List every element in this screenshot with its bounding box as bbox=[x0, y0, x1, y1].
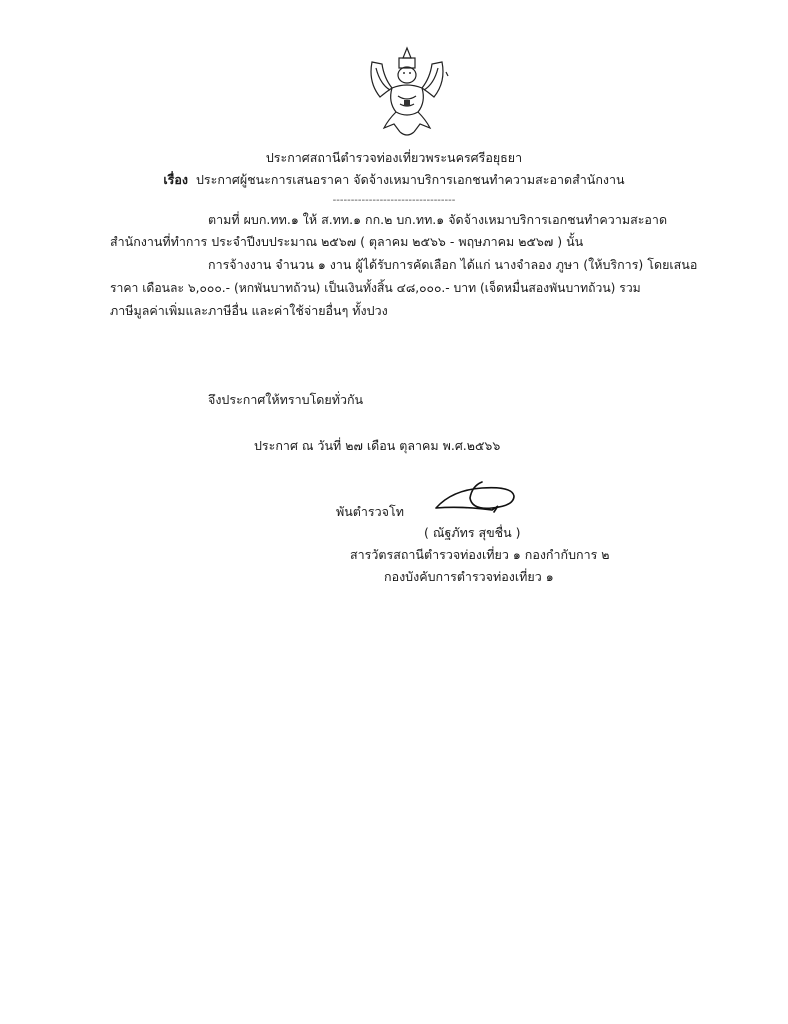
subject-line: เรื่อง ประกาศผู้ชนะการเสนอราคา จัดจ้างเห… bbox=[0, 171, 788, 189]
subject-label: เรื่อง bbox=[163, 172, 188, 187]
paragraph-1-line-1: ตามที่ ผบก.ทท.๑ ให้ ส.ทท.๑ กก.๒ บก.ทท.๑ … bbox=[208, 211, 667, 229]
divider: ---------------------------------- bbox=[0, 192, 788, 210]
signer-rank: พันตำรวจโท bbox=[336, 503, 404, 521]
announcement-title: ประกาศสถานีตำรวจท่องเที่ยวพระนครศรีอยุธย… bbox=[0, 149, 788, 167]
announcement-date: ประกาศ ณ วันที่ ๒๗ เดือน ตุลาคม พ.ศ.๒๕๖๖ bbox=[254, 437, 500, 455]
closing-announcement: จึงประกาศให้ทราบโดยทั่วกัน bbox=[208, 391, 363, 409]
garuda-emblem-icon bbox=[362, 42, 452, 142]
handwritten-signature-icon bbox=[432, 480, 522, 516]
signer-name: ( ณัฐภัทร สุขชื่น ) bbox=[424, 524, 521, 542]
signer-position-line-2: กองบังคับการตำรวจท่องเที่ยว ๑ bbox=[384, 568, 554, 586]
paragraph-2-line-1: การจ้างงาน จำนวน ๑ งาน ผู้ได้รับการคัดเล… bbox=[208, 256, 697, 274]
paragraph-1-line-2: สำนักงานที่ทำการ ประจำปีงบประมาณ ๒๕๖๗ ( … bbox=[110, 233, 583, 251]
signer-position-line-1: สารวัตรสถานีตำรวจท่องเที่ยว ๑ กองกำกับกา… bbox=[350, 546, 610, 564]
paragraph-2-line-2: ราคา เดือนละ ๖,๐๐๐.- (หกพันบาทถ้วน) เป็น… bbox=[110, 279, 641, 297]
subject-text: ประกาศผู้ชนะการเสนอราคา จัดจ้างเหมาบริกา… bbox=[196, 172, 625, 187]
paragraph-2-line-3: ภาษีมูลค่าเพิ่มและภาษีอื่น และค่าใช้จ่าย… bbox=[110, 302, 388, 320]
